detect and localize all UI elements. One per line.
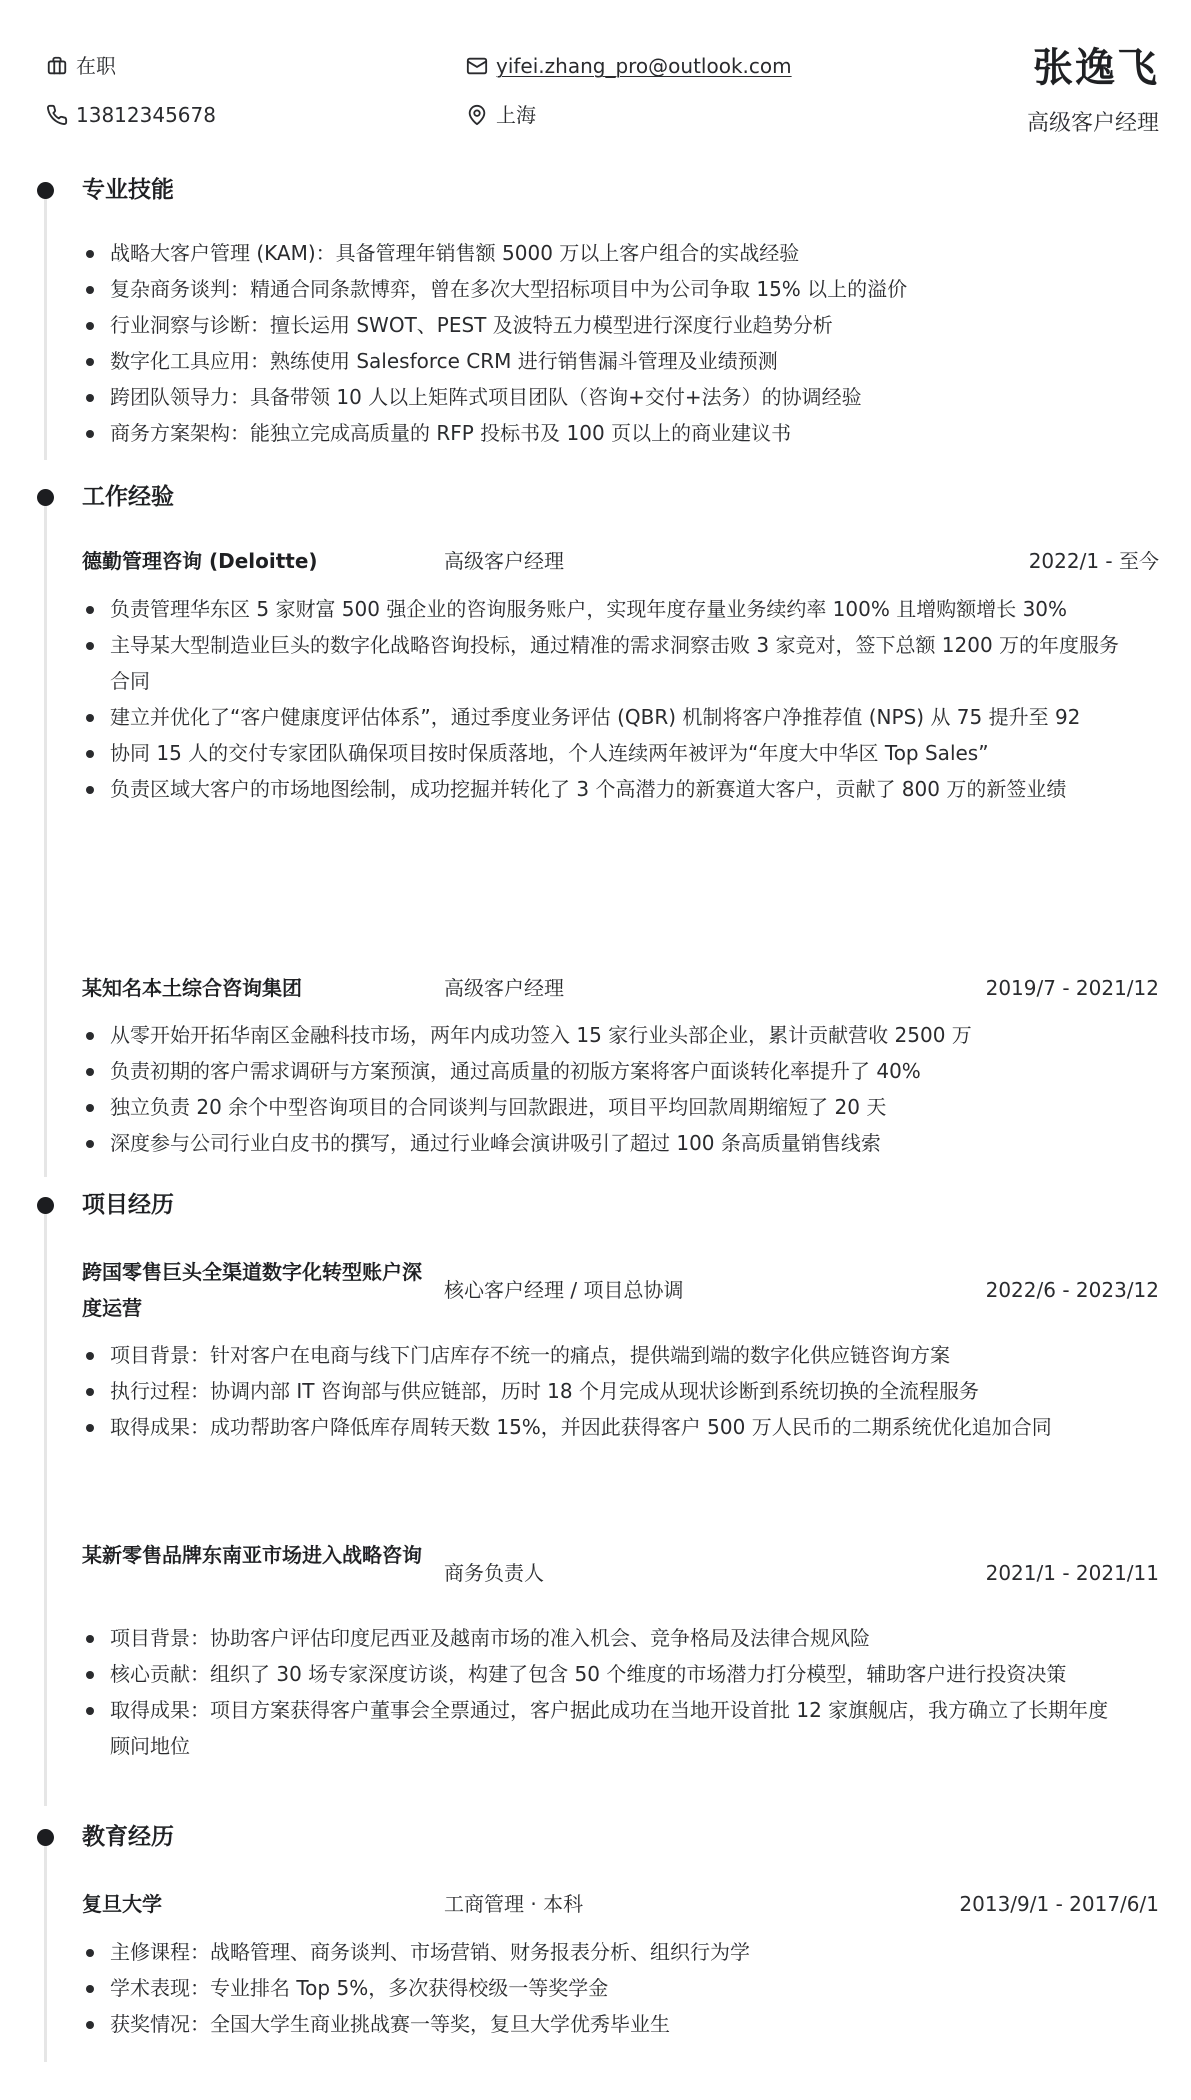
education-entry-list: 主修课程：战略管理、商务谈判、市场营销、财务报表分析、组织行为学 学术表现：专业… xyxy=(82,1934,1122,2042)
job-role: 高级客户经理 xyxy=(444,970,564,1006)
timeline-dot xyxy=(37,1829,54,1846)
list-item: 项目背景：协助客户评估印度尼西亚及越南市场的准入机会、竞争格局及法律合规风险 xyxy=(82,1620,1122,1656)
list-item: 主修课程：战略管理、商务谈判、市场营销、财务报表分析、组织行为学 xyxy=(82,1934,1122,1970)
list-item: 深度参与公司行业白皮书的撰写，通过行业峰会演讲吸引了超过 100 条高质量销售线… xyxy=(82,1125,1122,1161)
candidate-title: 高级客户经理 xyxy=(1027,108,1159,140)
list-item: 协同 15 人的交付专家团队确保项目按时保质落地，个人连续两年被评为“年度大中华… xyxy=(82,735,1122,771)
timeline-line xyxy=(44,505,47,1177)
contact-status-value: 在职 xyxy=(76,52,116,80)
project-entry-list: 项目背景：协助客户评估印度尼西亚及越南市场的准入机会、竞争格局及法律合规风险 核… xyxy=(82,1620,1122,1764)
list-item: 主导某大型制造业巨头的数字化战略咨询投标，通过精准的需求洞察击败 3 家竞对，签… xyxy=(82,627,1122,699)
list-item: 学术表现：专业排名 Top 5%，多次获得校级一等奖学金 xyxy=(82,1970,1122,2006)
section-title: 项目经历 xyxy=(82,1189,174,1221)
education-entry-header: 复旦大学 工商管理 · 本科 2013/9/1 - 2017/6/1 xyxy=(82,1886,1159,1934)
company-name: 德勤管理咨询 (Deloitte) xyxy=(82,543,422,579)
timeline-line xyxy=(44,1845,47,2062)
work-entry-header: 德勤管理咨询 (Deloitte) 高级客户经理 2022/1 - 至今 xyxy=(82,543,1159,591)
list-item: 商务方案架构：能独立完成高质量的 RFP 投标书及 100 页以上的商业建议书 xyxy=(82,415,1122,451)
date-range: 2022/6 - 2023/12 xyxy=(986,1272,1159,1308)
list-item: 复杂商务谈判：精通合同条款博弈，曾在多次大型招标项目中为公司争取 15% 以上的… xyxy=(82,271,1122,307)
list-item: 独立负责 20 余个中型咨询项目的合同谈判与回款跟进，项目平均回款周期缩短了 2… xyxy=(82,1089,1122,1125)
contact-phone-value: 13812345678 xyxy=(76,101,216,129)
school-name: 复旦大学 xyxy=(82,1886,422,1922)
list-item: 跨团队领导力：具备带领 10 人以上矩阵式项目团队（咨询+交付+法务）的协调经验 xyxy=(82,379,1122,415)
contact-phone: 13812345678 xyxy=(46,101,216,129)
timeline-dot xyxy=(37,182,54,199)
list-item: 取得成果：成功帮助客户降低库存周转天数 15%，并因此获得客户 500 万人民币… xyxy=(82,1409,1122,1445)
resume-header: 在职 13812345678 yifei.zhang_pro@outlook.c… xyxy=(0,0,1191,160)
list-item: 项目背景：针对客户在电商与线下门店库存不统一的痛点，提供端到端的数字化供应链咨询… xyxy=(82,1337,1122,1373)
project-entry-header: 跨国零售巨头全渠道数字化转型账户深度运营 核心客户经理 / 项目总协调 2022… xyxy=(82,1254,1159,1326)
contact-location-value: 上海 xyxy=(496,101,536,129)
section-title: 专业技能 xyxy=(82,174,174,206)
project-role: 商务负责人 xyxy=(444,1555,544,1591)
list-item: 执行过程：协调内部 IT 咨询部与供应链部，历时 18 个月完成从现状诊断到系统… xyxy=(82,1373,1122,1409)
list-item: 负责区域大客户的市场地图绘制，成功挖掘并转化了 3 个高潜力的新赛道大客户，贡献… xyxy=(82,771,1122,807)
date-range: 2022/1 - 至今 xyxy=(1029,543,1159,579)
contact-status: 在职 xyxy=(46,52,116,80)
contact-location: 上海 xyxy=(466,101,536,129)
section-title: 工作经验 xyxy=(82,481,174,513)
list-item: 负责管理华东区 5 家财富 500 强企业的咨询服务账户，实现年度存量业务续约率… xyxy=(82,591,1122,627)
timeline-dot xyxy=(37,1197,54,1214)
work-entry-header: 某知名本土综合咨询集团 高级客户经理 2019/7 - 2021/12 xyxy=(82,970,1159,1018)
date-range: 2019/7 - 2021/12 xyxy=(986,970,1159,1006)
degree: 工商管理 · 本科 xyxy=(444,1886,583,1922)
list-item: 从零开始开拓华南区金融科技市场，两年内成功签入 15 家行业头部企业，累计贡献营… xyxy=(82,1017,1122,1053)
project-name: 某新零售品牌东南亚市场进入战略咨询 xyxy=(82,1537,422,1573)
job-role: 高级客户经理 xyxy=(444,543,564,579)
work-entry-list: 从零开始开拓华南区金融科技市场，两年内成功签入 15 家行业头部企业，累计贡献营… xyxy=(82,1017,1122,1161)
list-item: 取得成果：项目方案获得客户董事会全票通过，客户据此成功在当地开设首批 12 家旗… xyxy=(82,1692,1122,1764)
list-item: 获奖情况：全国大学生商业挑战赛一等奖，复旦大学优秀毕业生 xyxy=(82,2006,1122,2042)
timeline-dot xyxy=(37,489,54,506)
phone-icon xyxy=(46,104,68,126)
list-item: 数字化工具应用：熟练使用 Salesforce CRM 进行销售漏斗管理及业绩预… xyxy=(82,343,1122,379)
briefcase-icon xyxy=(46,55,68,77)
skills-list: 战略大客户管理 (KAM)：具备管理年销售额 5000 万以上客户组合的实战经验… xyxy=(82,235,1122,451)
list-item: 战略大客户管理 (KAM)：具备管理年销售额 5000 万以上客户组合的实战经验 xyxy=(82,235,1122,271)
list-item: 行业洞察与诊断：擅长运用 SWOT、PEST 及波特五力模型进行深度行业趋势分析 xyxy=(82,307,1122,343)
work-entry-list: 负责管理华东区 5 家财富 500 强企业的咨询服务账户，实现年度存量业务续约率… xyxy=(82,591,1122,807)
project-name: 跨国零售巨头全渠道数字化转型账户深度运营 xyxy=(82,1254,422,1326)
date-range: 2013/9/1 - 2017/6/1 xyxy=(959,1886,1159,1922)
mail-icon xyxy=(466,55,488,77)
timeline-line xyxy=(44,1213,47,1806)
list-item: 建立并优化了“客户健康度评估体系”，通过季度业务评估 (QBR) 机制将客户净推… xyxy=(82,699,1122,735)
email-link[interactable]: yifei.zhang_pro@outlook.com xyxy=(496,52,792,80)
list-item: 负责初期的客户需求调研与方案预演，通过高质量的初版方案将客户面谈转化率提升了 4… xyxy=(82,1053,1122,1089)
map-pin-icon xyxy=(466,104,488,126)
company-name: 某知名本土综合咨询集团 xyxy=(82,970,422,1006)
contact-email: yifei.zhang_pro@outlook.com xyxy=(466,52,792,80)
section-title: 教育经历 xyxy=(82,1821,174,1853)
project-entry-list: 项目背景：针对客户在电商与线下门店库存不统一的痛点，提供端到端的数字化供应链咨询… xyxy=(82,1337,1122,1445)
list-item: 核心贡献：组织了 30 场专家深度访谈，构建了包含 50 个维度的市场潜力打分模… xyxy=(82,1656,1122,1692)
project-entry-header: 某新零售品牌东南亚市场进入战略咨询 商务负责人 2021/1 - 2021/11 xyxy=(82,1537,1159,1609)
project-role: 核心客户经理 / 项目总协调 xyxy=(444,1272,683,1308)
date-range: 2021/1 - 2021/11 xyxy=(986,1555,1159,1591)
candidate-name: 张逸飞 xyxy=(1033,42,1159,94)
timeline-line xyxy=(44,198,47,460)
